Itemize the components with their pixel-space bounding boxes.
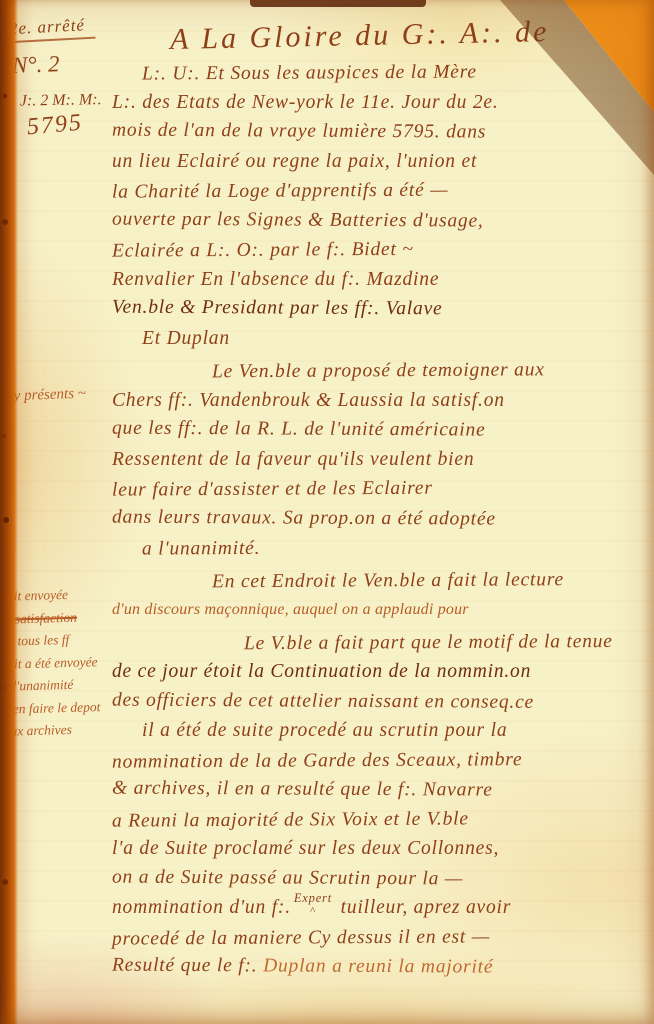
text-line: Ressentent de la faveur qu'ils veulent b… — [112, 445, 650, 475]
text-line: Renvalier En l'absence du f:. Mazdine — [112, 265, 650, 295]
inserted-word: Expert — [294, 884, 332, 914]
paragraph: Le V.ble a fait part que le motif de la … — [112, 628, 650, 982]
text-line: mois de l'an de la vraye lumière 5795. d… — [112, 116, 650, 148]
text-line: Chers ff:. Vandenbrouk & Laussia la sati… — [112, 386, 650, 416]
text-line: des officiers de cet attelier naissant e… — [112, 685, 650, 717]
text-line: Eclairée a L:. O:. par le f:. Bidet ~ — [112, 233, 650, 266]
text-line: dans leurs travaux. Sa prop.on a été ado… — [112, 502, 650, 534]
text-line: leur faire d'assister et de les Eclairer — [112, 472, 650, 505]
text-line: un lieu Eclairé ou regne la paix, l'unio… — [112, 147, 650, 177]
text-line: nommination d'un f:.Expert tuilleur, apr… — [112, 893, 650, 923]
text-line: l'a de Suite proclamé sur les deux Collo… — [112, 834, 650, 864]
margin-arrete-label: 2e. arrêté — [6, 15, 95, 44]
text-line: L:. des Etats de New-york le 11e. Jour d… — [112, 88, 650, 118]
margin-year: 5795 — [26, 110, 84, 142]
text-line: la Charité la Loge d'apprentifs a été — — [112, 174, 650, 207]
text-line: a Reuni la majorité de Six Voix et le V.… — [112, 803, 650, 836]
margin-masonic-date: 11 J:. 2 M:. M:. — [1, 91, 102, 111]
text-line: Resulté que le f:. Duplan a reuni la maj… — [112, 951, 650, 983]
invocation-heading: A La Gloire du G:. A:. de — [170, 13, 651, 57]
margin-attendance-note: cy présents ~ — [7, 386, 86, 406]
text-line: En cet Endroit le Ven.ble a fait la lect… — [212, 564, 650, 596]
text-line: & archives, il en a resulté que le f:. N… — [112, 774, 650, 806]
text-line: procedé de la maniere Cy dessus il en es… — [112, 921, 650, 954]
text-flow: A La Gloire du G:. A:. de L:. U:. Et Sou… — [112, 8, 650, 982]
text-line: on a de Suite passé au Scrutin pour la — — [112, 862, 650, 894]
manuscript-page: 2e. arrêté N°. 2 11 J:. 2 M:. M:. 5795 c… — [0, 0, 654, 1024]
text-line: nommination de la de Garde des Sceaux, t… — [112, 744, 650, 777]
text-line: L:. U:. Et Sous les auspices de la Mère — [142, 56, 650, 89]
paragraph: En cet Endroit le Ven.ble a fait la lect… — [112, 566, 650, 625]
text-line: Ven.ble & Presidant par les ff:. Valave — [112, 293, 650, 325]
page-edge-smudge — [250, 0, 426, 7]
paragraph: L:. U:. Et Sous les auspices de la MèreL… — [112, 58, 650, 353]
photograph-of-manuscript: 2e. arrêté N°. 2 11 J:. 2 M:. M:. 5795 c… — [0, 0, 654, 1024]
text-line: a l'unanimité. — [142, 531, 650, 564]
text-line: Et Duplan — [142, 324, 650, 354]
margin-document-number: N°. 2 — [12, 51, 60, 79]
text-line: Le Ven.ble a proposé de temoigner aux — [212, 355, 650, 387]
text-line: d'un discours maçonnique, auquel on a ap… — [112, 595, 650, 625]
text-line: que les ff:. de la R. L. de l'unité amér… — [112, 414, 650, 446]
paragraph: Le Ven.ble a proposé de temoigner auxChe… — [112, 356, 650, 563]
text-line: il a été de suite procedé au scrutin pou… — [142, 716, 650, 746]
text-line: ouverte par les Signes & Batteries d'usa… — [112, 204, 650, 236]
text-line: de ce jour étoit la Continuation de la n… — [112, 657, 650, 687]
text-line: Le V.ble a fait part que le motif de la … — [244, 626, 650, 658]
